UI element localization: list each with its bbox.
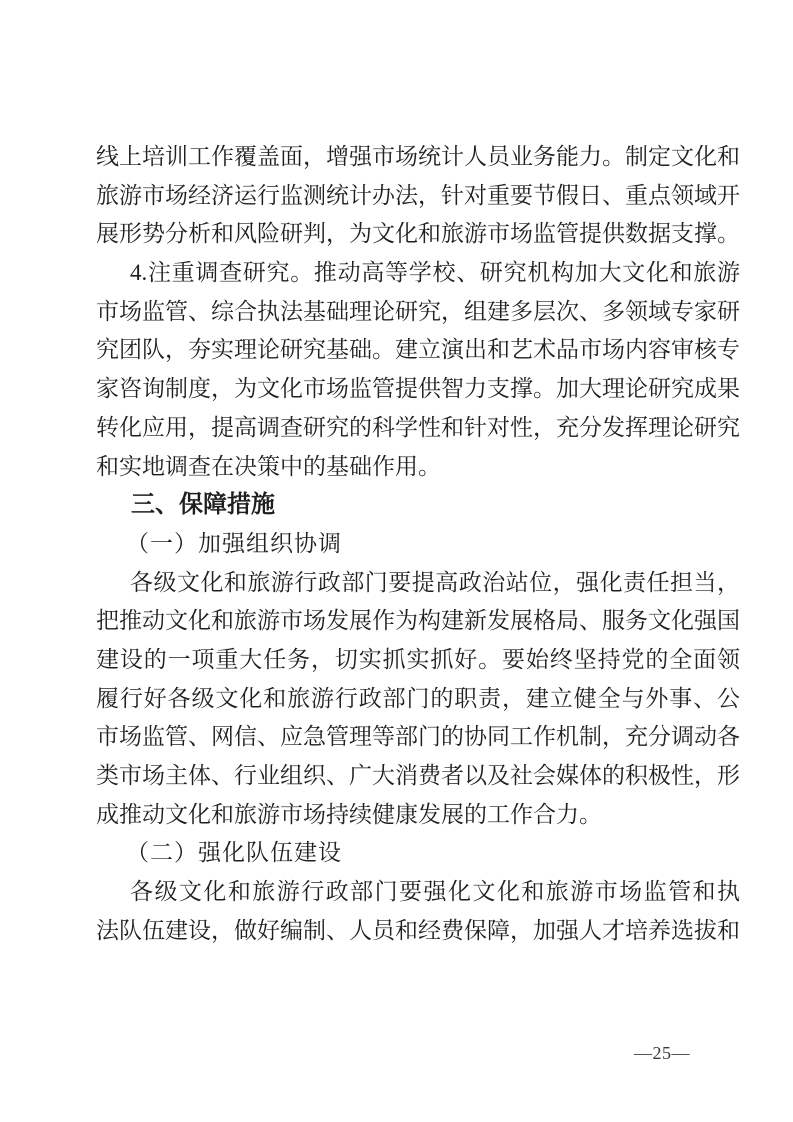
text-line: 转化应用，提高调查研究的科学性和针对性，充分发挥理论研究 xyxy=(96,409,740,448)
text-line: 市场监管、网信、应急管理等部门的协同工作机制，充分调动各 xyxy=(96,718,740,757)
text-line: 市场监管、综合执法基础理论研究，组建多层次、多领域专家研 xyxy=(96,293,740,332)
subsection-heading: （二）强化队伍建设 xyxy=(96,834,740,873)
text-line-paragraph-start: 4.注重调查研究。推动高等学校、研究机构加大文化和旅游 xyxy=(96,254,740,293)
text-line: 线上培训工作覆盖面，增强市场统计人员业务能力。制定文化和 xyxy=(96,138,740,177)
subsection-heading: （一）加强组织协调 xyxy=(96,525,740,564)
text-line-paragraph-end: 和实地调查在决策中的基础作用。 xyxy=(96,448,740,487)
text-line-paragraph-end: 成推动文化和旅游市场持续健康发展的工作合力。 xyxy=(96,796,740,835)
text-line: 建设的一项重大任务，切实抓实抓好。要始终坚持党的全面领导， xyxy=(96,641,740,680)
text-line: 类市场主体、行业组织、广大消费者以及社会媒体的积极性，形 xyxy=(96,757,740,796)
text-line: 究团队，夯实理论研究基础。建立演出和艺术品市场内容审核专 xyxy=(96,331,740,370)
text-line: 把推动文化和旅游市场发展作为构建新发展格局、服务文化强国 xyxy=(96,602,740,641)
document-page: 线上培训工作覆盖面，增强市场统计人员业务能力。制定文化和 旅游市场经济运行监测统… xyxy=(0,0,793,1122)
text-line-paragraph-start: 各级文化和旅游行政部门要提高政治站位，强化责任担当， xyxy=(96,564,740,603)
document-body: 线上培训工作覆盖面，增强市场统计人员业务能力。制定文化和 旅游市场经济运行监测统… xyxy=(96,138,740,950)
page-number: —25— xyxy=(634,1041,690,1065)
text-line: 展形势分析和风险研判，为文化和旅游市场监管提供数据支撑。 xyxy=(96,215,740,254)
text-line: 旅游市场经济运行监测统计办法，针对重要节假日、重点领域开 xyxy=(96,177,740,216)
text-line-paragraph-start: 各级文化和旅游行政部门要强化文化和旅游市场监管和执 xyxy=(96,873,740,912)
text-line: 家咨询制度，为文化市场监管提供智力支撑。加大理论研究成果 xyxy=(96,370,740,409)
section-heading: 三、保障措施 xyxy=(96,486,740,525)
text-line: 法队伍建设，做好编制、人员和经费保障，加强人才培养选拔和 xyxy=(96,912,740,951)
text-line: 履行好各级文化和旅游行政部门的职责，建立健全与外事、公安、 xyxy=(96,680,740,719)
